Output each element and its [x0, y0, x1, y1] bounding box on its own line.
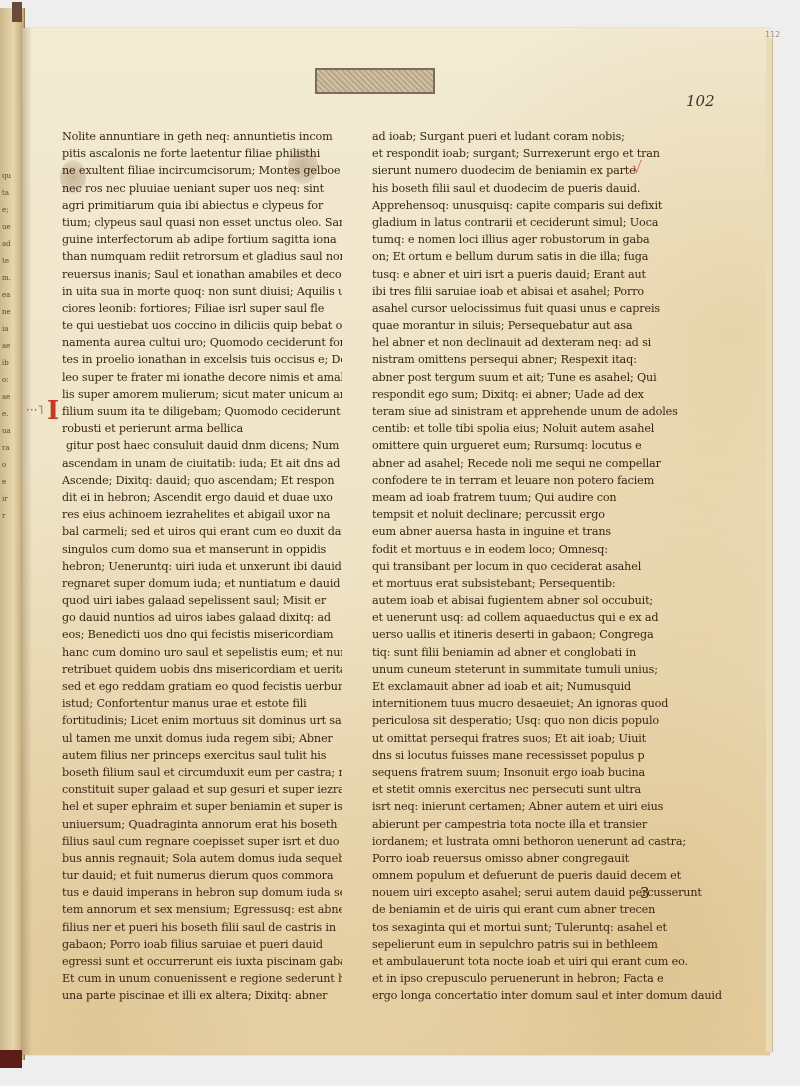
facing-leaf-line: e; [2, 202, 22, 219]
text-line: Et exclamauit abner ad ioab et ait; Numu… [372, 678, 734, 695]
text-line: regnaret super domum iuda; et nuntiatum … [62, 575, 342, 592]
text-line: tus e dauid imperans in hebron sup domum… [62, 884, 342, 901]
text-line: asahel cursor uelocissimus fuit quasi un… [372, 300, 734, 317]
text-line: Porro ioab reuersus omisso abner congreg… [372, 850, 734, 867]
text-line: bal carmeli; sed et uiros qui erant cum … [62, 523, 342, 540]
text-line: boseth filium saul et circumduxit eum pe… [62, 764, 342, 781]
text-line: fortitudinis; Licet enim mortuus sit dom… [62, 712, 342, 729]
text-line: unum cuneum steterunt in summitate tumul… [372, 661, 734, 678]
text-line: go dauid nuntios ad uiros iabes galaad d… [62, 609, 342, 626]
text-line: tium; clypeus saul quasi non esset unctu… [62, 214, 342, 231]
text-line: uniuersum; Quadraginta annorum erat his … [62, 816, 342, 833]
text-line: iordanem; et lustrata omni bethoron uene… [372, 833, 734, 850]
text-line: res eius achinoem iezrahelites et abigai… [62, 506, 342, 523]
text-line: eos; Benedicti uos dno qui fecistis mise… [62, 626, 342, 643]
facing-leaf-line: ea [2, 287, 22, 304]
text-line: Ascende; Dixitq: dauid; quo ascendam; Et… [62, 472, 342, 489]
text-line: retribuet quidem uobis dns misericordiam… [62, 661, 342, 678]
text-line: et in ipso crepusculo peruenerunt in heb… [372, 970, 734, 987]
facing-leaf-line: ta [2, 185, 22, 202]
text-line: lis super amorem mulierum; sicut mater u… [62, 386, 342, 403]
text-line: gitur post haec consuluit dauid dnm dice… [62, 437, 342, 454]
text-line: abierunt per campestria tota nocte illa … [372, 816, 734, 833]
text-line: bus annis regnauit; Sola autem domus iud… [62, 850, 342, 867]
text-line: egressi sunt et occurrerunt eis iuxta pi… [62, 953, 342, 970]
text-line: tumq: e nomen loci illius ager robustoru… [372, 231, 734, 248]
text-line: omnem populum et defuerunt de pueris dau… [372, 867, 734, 884]
facing-leaf-line: e. [2, 406, 22, 423]
facing-leaf-line: ia [2, 321, 22, 338]
text-line: ad ioab; Surgant pueri et ludant coram n… [372, 128, 734, 145]
binding-cover [0, 1050, 22, 1068]
binding-thread [12, 2, 22, 22]
text-line: pitis ascalonis ne forte laetentur filia… [62, 145, 342, 162]
text-line: his boseth filii saul et duodecim de pue… [372, 180, 734, 197]
text-line: tiq: sunt filii beniamin ad abner et con… [372, 644, 734, 661]
text-line: abner ad asahel; Recede noli me sequi ne… [372, 455, 734, 472]
text-line: tem annorum et sex mensium; Egressusq: e… [62, 901, 342, 918]
text-line: nistram omittens persequi abner; Respexi… [372, 351, 734, 368]
text-line: ul tamen me unxit domus iuda regem sibi;… [62, 730, 342, 747]
facing-leaf-line: o: [2, 372, 22, 389]
red-initial-letter: I [47, 398, 59, 424]
text-line: Apprehensoq: unusquisq: capite comparis … [372, 197, 734, 214]
text-line: te qui uestiebat uos coccino in diliciis… [62, 317, 342, 334]
facing-leaf-line: qu [2, 168, 22, 185]
facing-leaf-text: qutae;ueadtem.eaneiaaeibo:aee.uaraoeirr [2, 168, 22, 525]
text-line: tur dauid; et fuit numerus dierum quos c… [62, 867, 342, 884]
text-line: uerso uallis et itineris deserti in gaba… [372, 626, 734, 643]
text-line: than numquam rediit retrorsum et gladius… [62, 248, 342, 265]
text-line: una parte piscinae et illi ex altera; Di… [62, 987, 342, 1004]
right-text-column: ad ioab; Surgant pueri et ludant coram n… [372, 128, 734, 1005]
text-line: omittere quin urgueret eum; Rursumq: loc… [372, 437, 734, 454]
text-line: meam ad ioab fratrem tuum; Qui audire co… [372, 489, 734, 506]
facing-leaf-line: ua [2, 423, 22, 440]
text-line: qui transibant per locum in quo cecidera… [372, 558, 734, 575]
text-line: hel et super ephraim et super beniamin e… [62, 798, 342, 815]
erased-rubric-box [315, 68, 435, 94]
text-line: isrt neq: inierunt certamen; Abner autem… [372, 798, 734, 815]
text-line: centib: et tolle tibi spolia eius; Nolui… [372, 420, 734, 437]
facing-leaf-line: ae [2, 338, 22, 355]
text-line: hebron; Ueneruntq: uiri iuda et unxerunt… [62, 558, 342, 575]
facing-leaf-line: ad [2, 236, 22, 253]
text-line: et ambulauerunt tota nocte ioab et uiri … [372, 953, 734, 970]
text-line: filium suum ita te diligebam; Quomodo ce… [62, 403, 342, 420]
text-line: et mortuus erat subsistebant; Persequent… [372, 575, 734, 592]
text-line: on; Et ortum e bellum durum satis in die… [372, 248, 734, 265]
text-line: respondit ego sum; Dixitq: ei abner; Uad… [372, 386, 734, 403]
text-line: et uenerunt usq: ad collem aquaeductus q… [372, 609, 734, 626]
text-line: filius saul cum regnare coepisset super … [62, 833, 342, 850]
text-line: eum abner auersa hasta in inguine et tra… [372, 523, 734, 540]
text-line: tempsit et noluit declinare; percussit e… [372, 506, 734, 523]
text-line: et stetit omnis exercitus nec persecuti … [372, 781, 734, 798]
text-line: filius ner et pueri his boseth filii sau… [62, 919, 342, 936]
text-line: de beniamin et de uiris qui erant cum ab… [372, 901, 734, 918]
text-line: dns si locutus fuisses mane recessisset … [372, 747, 734, 764]
text-line: ciores leonib: fortiores; Filiae isrl su… [62, 300, 342, 317]
text-line: periculosa sit desperatio; Usq: quo non … [372, 712, 734, 729]
text-line: sierunt numero duodecim de beniamin ex p… [372, 162, 734, 179]
text-line: quae morantur in siluis; Persequebatur a… [372, 317, 734, 334]
text-line: sequens fratrem suum; Insonuit ergo ioab… [372, 764, 734, 781]
text-line: sed et ego reddam gratiam eo quod fecist… [62, 678, 342, 695]
text-line: constituit super galaad et sup gesuri et… [62, 781, 342, 798]
text-line: autem filius ner princeps exercitus saul… [62, 747, 342, 764]
text-line: nec ros nec pluuiae ueniant super uos ne… [62, 180, 342, 197]
facing-leaf-line: te [2, 253, 22, 270]
page-right-edge [766, 38, 773, 1052]
text-line: hel abner et non declinauit ad dexteram … [372, 334, 734, 351]
text-line: leo super te frater mi ionathe decore ni… [62, 369, 342, 386]
text-line: quod uiri iabes galaad sepelissent saul;… [62, 592, 342, 609]
text-line: tos sexaginta qui et mortui sunt; Tuleru… [372, 919, 734, 936]
facing-leaf-line: ae [2, 389, 22, 406]
left-text-column: Nolite annuntiare in geth neq: annuntiet… [62, 128, 342, 1005]
text-line: agri primitiarum quia ibi abiectus e cly… [62, 197, 342, 214]
text-line: tusq: e abner et uiri isrt a pueris daui… [372, 266, 734, 283]
text-line: gladium in latus contrarii et ceciderunt… [372, 214, 734, 231]
folio-number: 102 [686, 92, 715, 110]
text-line: reuersus inanis; Saul et ionathan amabil… [62, 266, 342, 283]
text-line: ibi tres filii saruiae ioab et abisai et… [372, 283, 734, 300]
text-line: namenta aurea cultui uro; Quomodo cecide… [62, 334, 342, 351]
text-line: internitionem tuus mucro desaeuiet; An i… [372, 695, 734, 712]
text-line: teram siue ad sinistram et apprehende un… [372, 403, 734, 420]
text-line: Et cum in unum conuenissent e regione se… [62, 970, 342, 987]
facing-leaf-line: r [2, 508, 22, 525]
text-line: fodit et mortuus e in eodem loco; Omnesq… [372, 541, 734, 558]
text-line: gabaon; Porro ioab filius saruiae et pue… [62, 936, 342, 953]
text-line: tes in proelio ionathan in excelsis tuis… [62, 351, 342, 368]
facing-leaf-line: e [2, 474, 22, 491]
corner-pencil-mark: 112 [765, 30, 780, 39]
facing-leaf-line: ne [2, 304, 22, 321]
facing-leaf-line: ra [2, 440, 22, 457]
text-line: sepelierunt eum in sepulchro patris sui … [372, 936, 734, 953]
text-line: hanc cum domino uro saul et sepelistis e… [62, 644, 342, 661]
facing-leaf-line: ue [2, 219, 22, 236]
facing-leaf-line: o [2, 457, 22, 474]
text-line: robusti et perierunt arma bellica [62, 420, 342, 437]
margin-paragraph-mark: ···˥ [26, 403, 43, 417]
text-line: ne exultent filiae incircumcisorum; Mont… [62, 162, 342, 179]
facing-leaf-line: m. [2, 270, 22, 287]
text-line: abner post tergum suum et ait; Tune es a… [372, 369, 734, 386]
page-gutter [22, 28, 32, 1055]
text-line: ascendam in unam de ciuitatib: iuda; Et … [62, 455, 342, 472]
text-line: istud; Confortentur manus urae et estote… [62, 695, 342, 712]
facing-leaf-line: ir [2, 491, 22, 508]
text-line: dit ei in hebron; Ascendit ergo dauid et… [62, 489, 342, 506]
text-line: ut omittat persequi fratres suos; Et ait… [372, 730, 734, 747]
text-line: guine interfectorum ab adipe fortium sag… [62, 231, 342, 248]
text-line: ergo longa concertatio inter domum saul … [372, 987, 734, 1004]
text-line: autem ioab et abisai fugientem abner sol… [372, 592, 734, 609]
text-line: Nolite annuntiare in geth neq: annuntiet… [62, 128, 342, 145]
text-line: singulos cum domo sua et manserunt in op… [62, 541, 342, 558]
text-line: confodere te in terram et leuare non pot… [372, 472, 734, 489]
text-line: in uita sua in morte quoq: non sunt diui… [62, 283, 342, 300]
facing-leaf-line: ib [2, 355, 22, 372]
text-line: nouem uiri excepto asahel; serui autem d… [372, 884, 734, 901]
text-line: et respondit ioab; surgant; Surrexerunt … [372, 145, 734, 162]
